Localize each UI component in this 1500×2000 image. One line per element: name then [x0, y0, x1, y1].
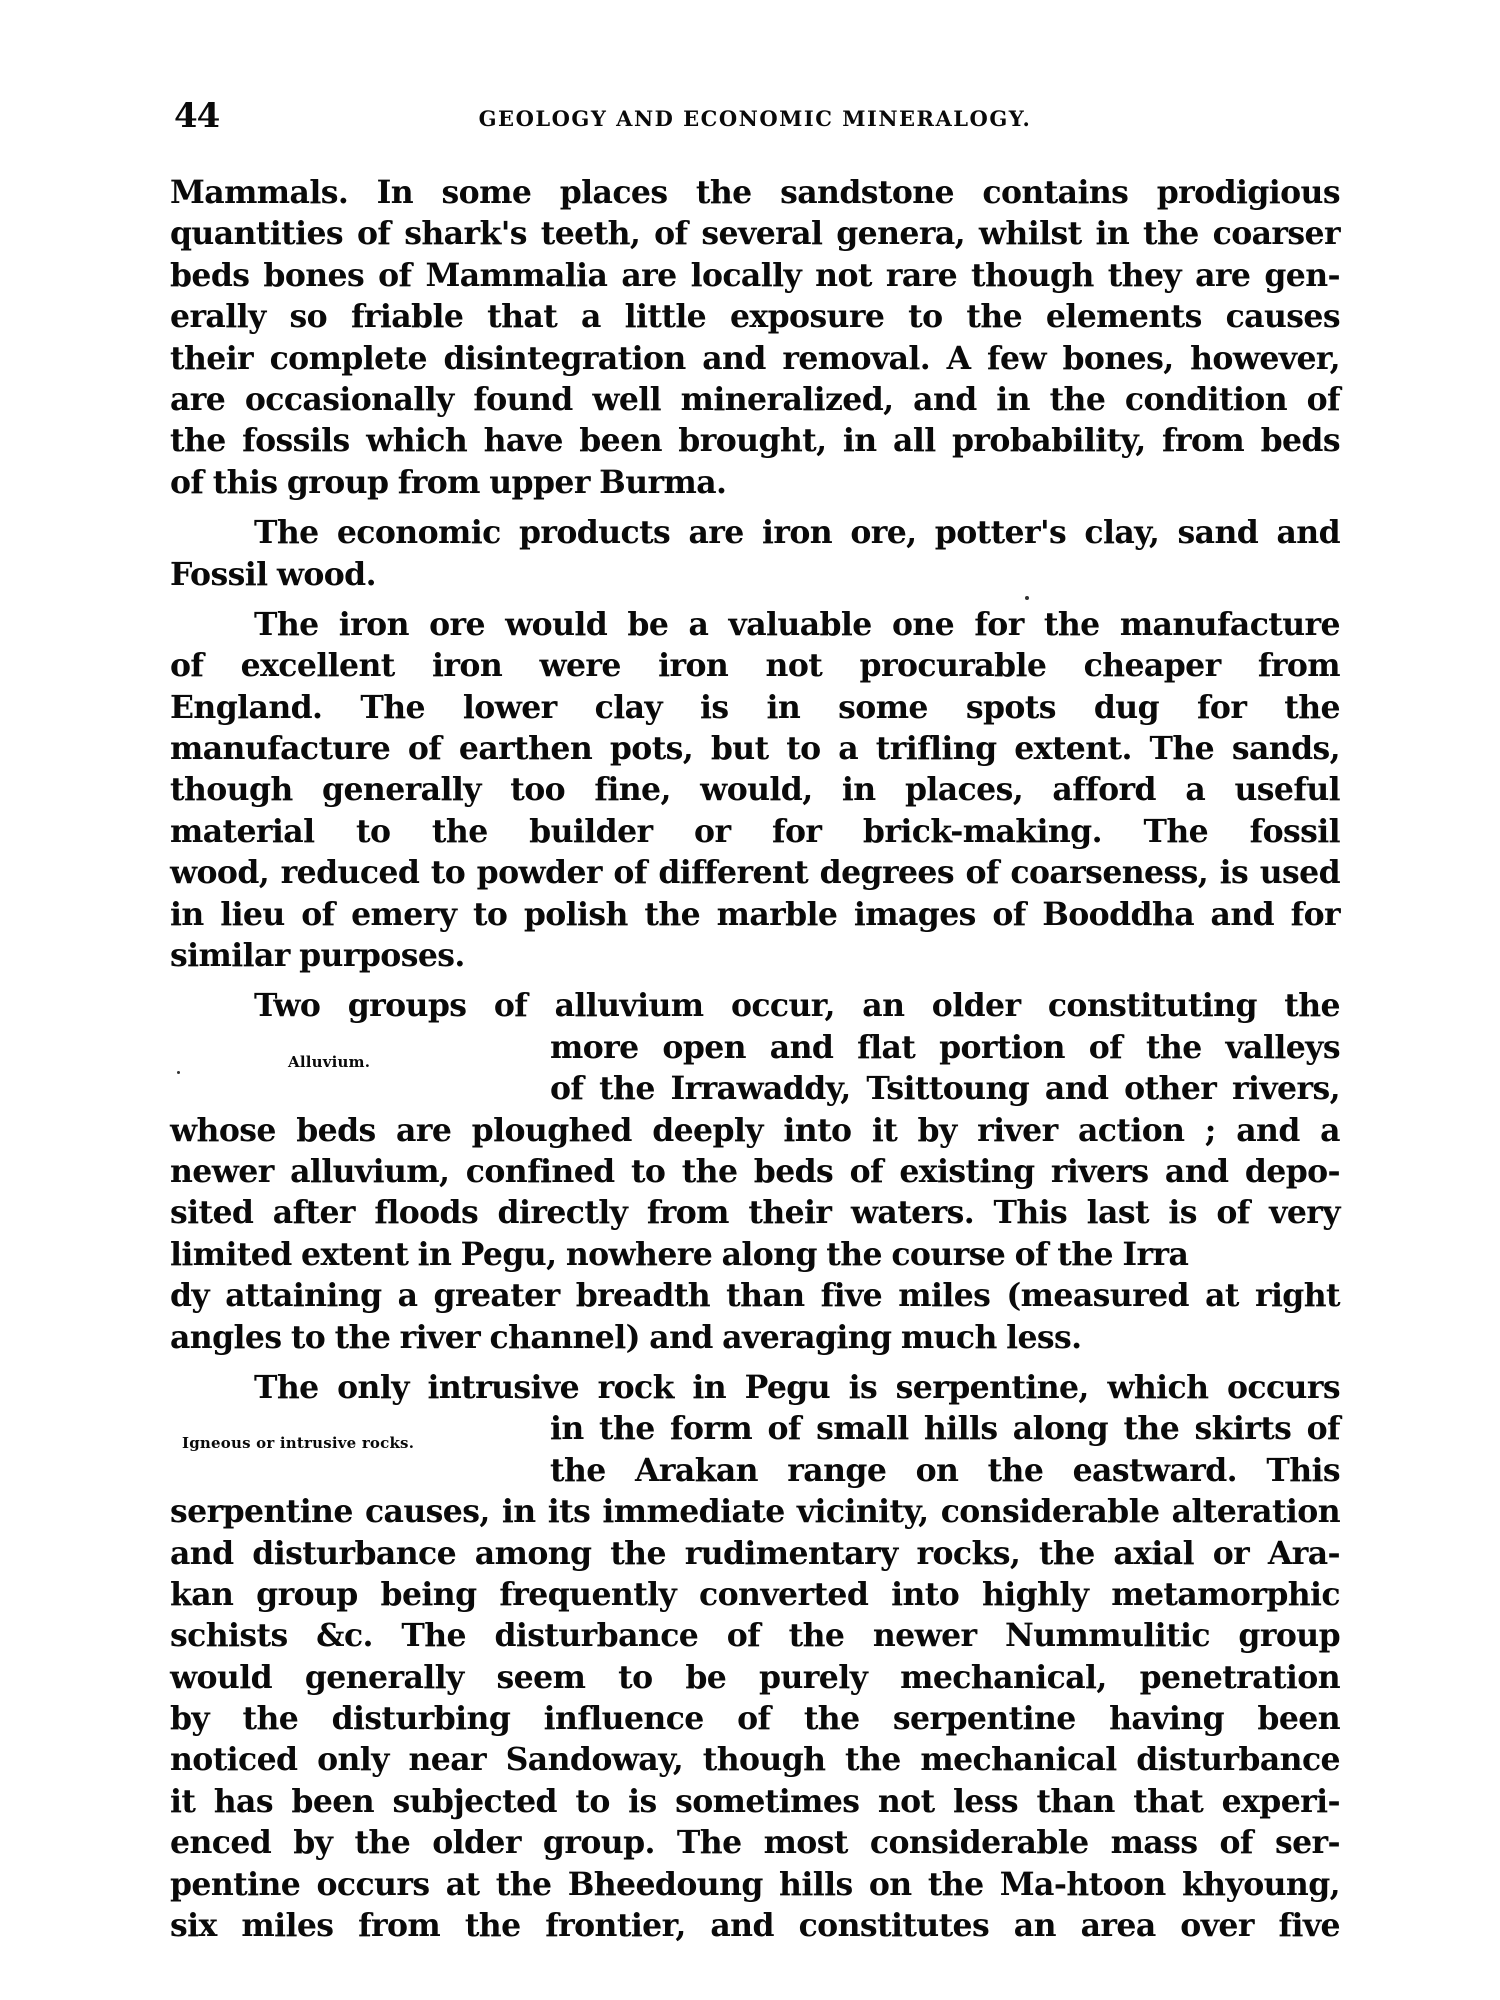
- margin-note-igneous-rocks: Igneous or intrusive rocks.: [182, 1434, 512, 1452]
- text-line: the fossils which have been brought, in …: [170, 420, 1340, 461]
- text-line: pentine occurs at the Bheedoung hills on…: [170, 1864, 1340, 1905]
- text-line: whose beds are ploughed deeply into it b…: [170, 1110, 1340, 1151]
- text-line: six miles from the frontier, and constit…: [170, 1905, 1340, 1946]
- text-line: enced by the older group. The most consi…: [170, 1822, 1340, 1863]
- text-line: wood, reduced to powder of different deg…: [170, 852, 1340, 893]
- running-head: 44 Geology and Economic Mineralogy.: [170, 96, 1340, 146]
- text-line: Two groups of alluvium occur, an older c…: [170, 985, 1340, 1026]
- text-line: sited after floods directly from their w…: [170, 1192, 1340, 1233]
- text-line: similar purposes.: [170, 935, 1340, 976]
- text-line: noticed only near Sandoway, though the m…: [170, 1739, 1340, 1780]
- text-line: Mammals. In some places the sandstone co…: [170, 172, 1340, 213]
- text-line: kan group being frequently converted int…: [170, 1574, 1340, 1615]
- text-line: by the disturbing influence of the serpe…: [170, 1698, 1340, 1739]
- text-line: angles to the river channel) and averagi…: [170, 1317, 1340, 1358]
- text-line: beds bones of Mammalia are locally not r…: [170, 255, 1340, 296]
- text-line: would generally seem to be purely mechan…: [170, 1657, 1340, 1698]
- paragraph-iron-ore: The iron ore would be a valuable one for…: [170, 604, 1340, 977]
- text-line: schists &c. The disturbance of the newer…: [170, 1615, 1340, 1656]
- text-line: erally so friable that a little exposure…: [170, 296, 1340, 337]
- text-line: serpentine causes, in its immediate vici…: [170, 1491, 1340, 1532]
- text-line: newer alluvium, confined to the beds of …: [170, 1151, 1340, 1192]
- running-title: Geology and Economic Mineralogy.: [170, 106, 1340, 131]
- text-line: quantities of shark's teeth, of several …: [170, 213, 1340, 254]
- text-line: in lieu of emery to polish the marble im…: [170, 894, 1340, 935]
- scan-speck: [177, 1071, 180, 1074]
- text-line: of the Irrawaddy, Tsittoung and other ri…: [170, 1068, 1340, 1109]
- paragraph-alluvium: Two groups of alluvium occur, an older c…: [170, 985, 1340, 1358]
- text-line: The economic products are iron ore, pott…: [170, 512, 1340, 553]
- text-line: limited extent in Pegu, nowhere along th…: [170, 1234, 1340, 1275]
- text-line: the Arakan range on the eastward. This: [170, 1450, 1340, 1491]
- text-line: manufacture of earthen pots, but to a tr…: [170, 728, 1340, 769]
- text-line: are occasionally found well mineralized,…: [170, 379, 1340, 420]
- paragraph-mammals: Mammals. In some places the sandstone co…: [170, 172, 1340, 503]
- text-line: of excellent iron were iron not procurab…: [170, 645, 1340, 686]
- text-line: The iron ore would be a valuable one for…: [170, 604, 1340, 645]
- text-line: dy attaining a greater breadth than five…: [170, 1275, 1340, 1316]
- text-line: it has been subjected to is sometimes no…: [170, 1781, 1340, 1822]
- text-line: material to the builder or for brick-mak…: [170, 811, 1340, 852]
- paragraph-economic-products: The economic products are iron ore, pott…: [170, 512, 1340, 595]
- scan-speck: [1025, 596, 1029, 600]
- text-line: England. The lower clay is in some spots…: [170, 687, 1340, 728]
- text-line: of this group from upper Burma.: [170, 462, 1340, 503]
- book-page: 44 Geology and Economic Mineralogy. Mamm…: [170, 96, 1340, 1946]
- text-line: The only intrusive rock in Pegu is serpe…: [170, 1367, 1340, 1408]
- text-line: their complete disintegration and remova…: [170, 338, 1340, 379]
- text-line: and disturbance among the rudimentary ro…: [170, 1533, 1340, 1574]
- margin-note-alluvium: Alluvium.: [288, 1053, 618, 1071]
- paragraph-igneous-rocks: The only intrusive rock in Pegu is serpe…: [170, 1367, 1340, 1946]
- text-line: though generally too fine, would, in pla…: [170, 769, 1340, 810]
- text-line: Fossil wood.: [170, 554, 1340, 595]
